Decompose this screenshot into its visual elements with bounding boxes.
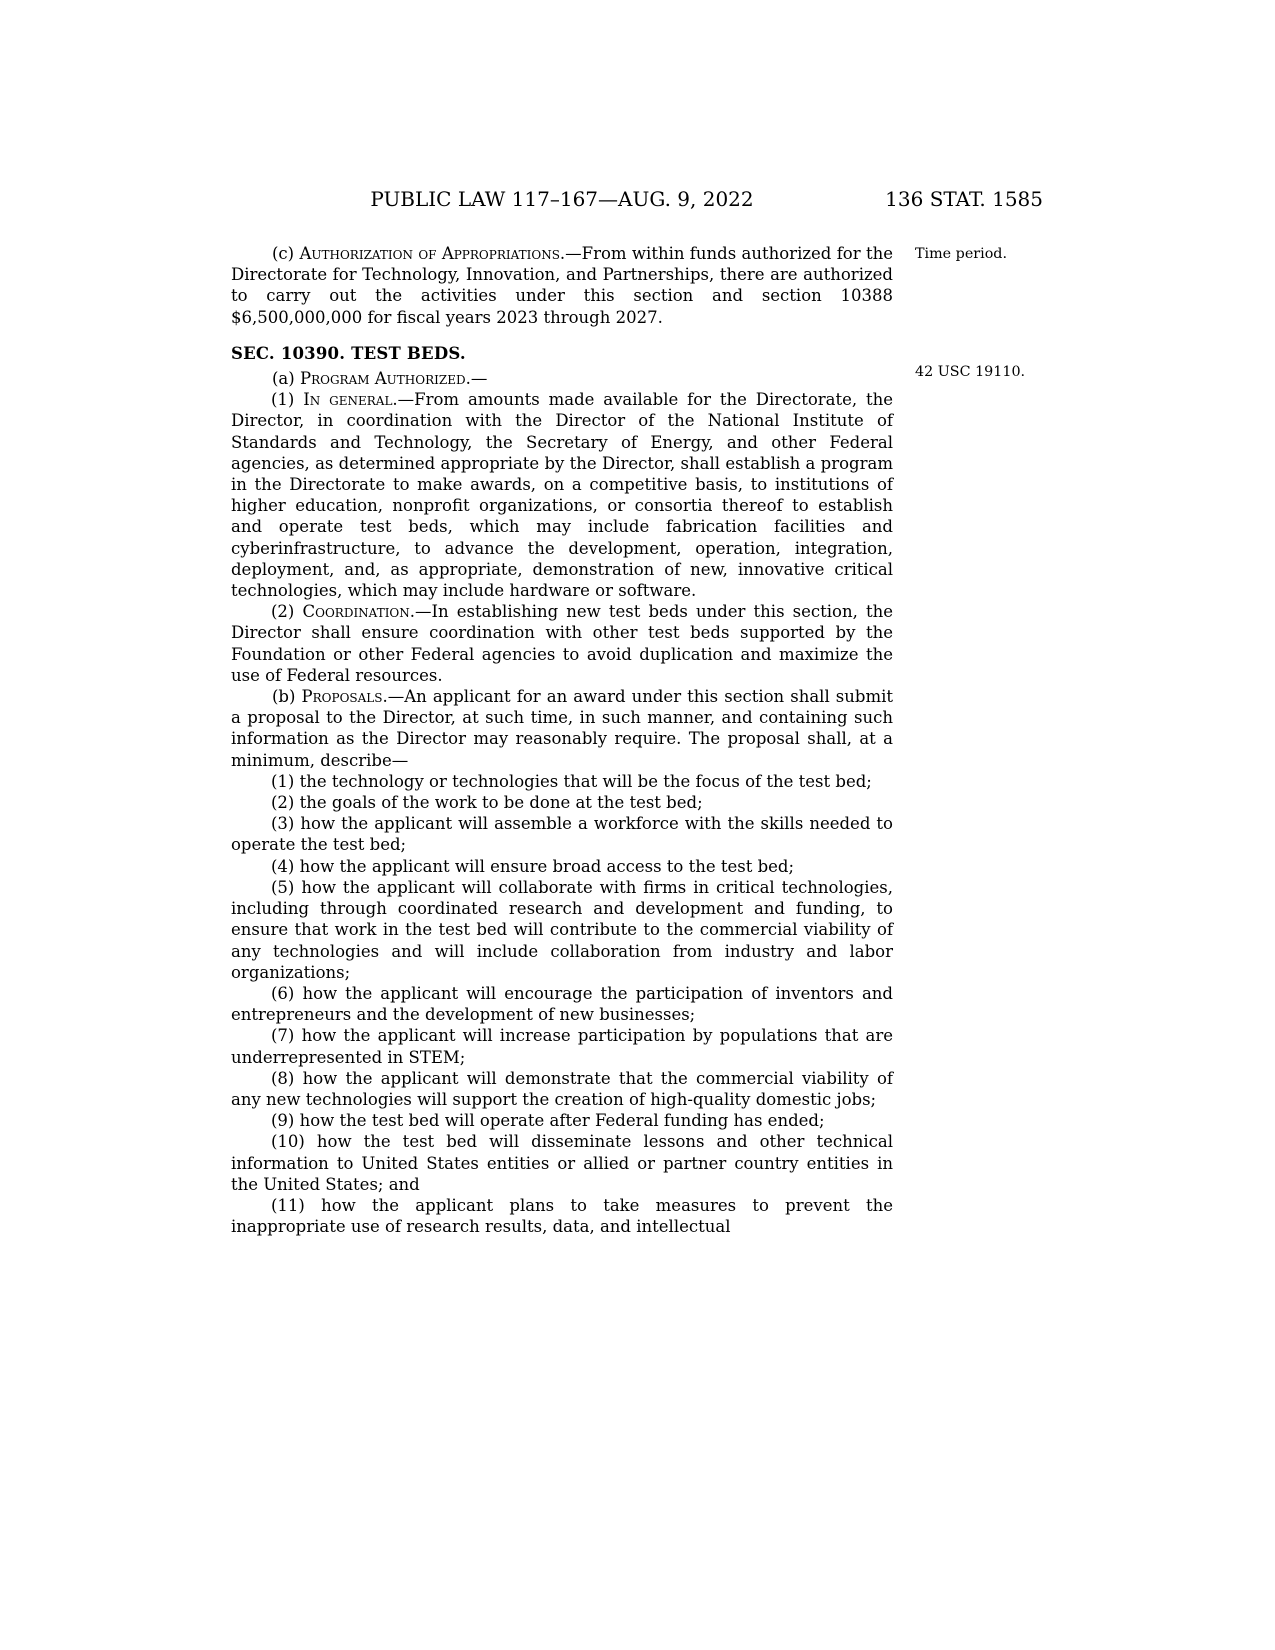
- paragraph-a1-number: (1): [271, 390, 303, 409]
- list-item: (9) how the test bed will operate after …: [231, 1110, 893, 1131]
- margin-note-usc-citation: 42 USC 19110.: [915, 364, 1055, 381]
- list-item: (7) how the applicant will increase part…: [231, 1025, 893, 1067]
- list-item-text: how the test bed will disseminate lesson…: [231, 1132, 893, 1193]
- paragraph-b-number: (b): [272, 687, 302, 706]
- list-item: (3) how the applicant will assemble a wo…: [231, 813, 893, 855]
- margin-note-time-period: Time period.: [915, 246, 1055, 263]
- statute-page: PUBLIC LAW 117–167—AUG. 9, 2022 136 STAT…: [0, 0, 1275, 1650]
- section-heading: SEC. 10390. TEST BEDS.: [231, 343, 893, 364]
- list-item: (8) how the applicant will demonstrate t…: [231, 1068, 893, 1110]
- paragraph-c-heading: Authorization of Appropriations: [299, 244, 559, 263]
- list-item-number: (2): [271, 793, 300, 812]
- list-item-text: how the applicant will demonstrate that …: [231, 1069, 893, 1109]
- list-item: (4) how the applicant will ensure broad …: [231, 856, 893, 877]
- paragraph-a1-heading: In general: [303, 390, 392, 409]
- running-head-law-title: PUBLIC LAW 117–167—AUG. 9, 2022: [231, 188, 893, 211]
- list-item: (6) how the applicant will encourage the…: [231, 983, 893, 1025]
- list-item: (1) the technology or technologies that …: [231, 771, 893, 792]
- paragraph-c: (c) Authorization of Appropriations.—Fro…: [231, 243, 893, 328]
- list-item-number: (6): [271, 984, 302, 1003]
- list-item-text: the goals of the work to be done at the …: [300, 793, 703, 812]
- list-item-number: (11): [271, 1196, 321, 1215]
- paragraph-a2-heading: Coordination: [302, 602, 409, 621]
- list-item-text: how the applicant will increase particip…: [231, 1026, 893, 1066]
- paragraph-a-number: (a): [272, 369, 300, 388]
- paragraph-a1: (1) In general.—From amounts made availa…: [231, 389, 893, 601]
- running-head-stat-number: 136 STAT. 1585: [843, 188, 1043, 211]
- list-item-number: (7): [271, 1026, 302, 1045]
- list-item-number: (10): [271, 1132, 317, 1151]
- paragraph-a2: (2) Coordination.—In establishing new te…: [231, 601, 893, 686]
- list-item-text: how the applicant will encourage the par…: [231, 984, 893, 1024]
- paragraph-a-heading: Program Authorized: [300, 369, 466, 388]
- paragraph-b-heading: Proposals: [302, 687, 383, 706]
- paragraph-b: (b) Proposals.—An applicant for an award…: [231, 686, 893, 771]
- list-item: (5) how the applicant will collaborate w…: [231, 877, 893, 983]
- list-item-text: how the applicant plans to take measures…: [231, 1196, 893, 1236]
- list-item: (2) the goals of the work to be done at …: [231, 792, 893, 813]
- paragraph-a-text: .—: [466, 369, 488, 388]
- list-item-number: (5): [271, 878, 301, 897]
- paragraph-a: (a) Program Authorized.—: [231, 368, 893, 389]
- list-item: (10) how the test bed will disseminate l…: [231, 1131, 893, 1195]
- list-item-number: (3): [271, 814, 300, 833]
- list-item-text: how the applicant will assemble a workfo…: [231, 814, 893, 854]
- list-item-number: (1): [271, 772, 300, 791]
- list-item: (11) how the applicant plans to take mea…: [231, 1195, 893, 1237]
- paragraph-a1-text: .—From amounts made available for the Di…: [231, 390, 893, 600]
- statute-body-column: (c) Authorization of Appropriations.—Fro…: [231, 243, 893, 1237]
- list-item-text: how the applicant will ensure broad acce…: [300, 857, 794, 876]
- paragraph-c-number: (c): [272, 244, 299, 263]
- paragraph-a2-number: (2): [271, 602, 302, 621]
- list-item-number: (4): [271, 857, 300, 876]
- list-item-text: the technology or technologies that will…: [300, 772, 872, 791]
- list-item-text: how the test bed will operate after Fede…: [300, 1111, 825, 1130]
- list-item-number: (8): [271, 1069, 303, 1088]
- list-item-text: how the applicant will collaborate with …: [231, 878, 893, 982]
- list-item-number: (9): [271, 1111, 300, 1130]
